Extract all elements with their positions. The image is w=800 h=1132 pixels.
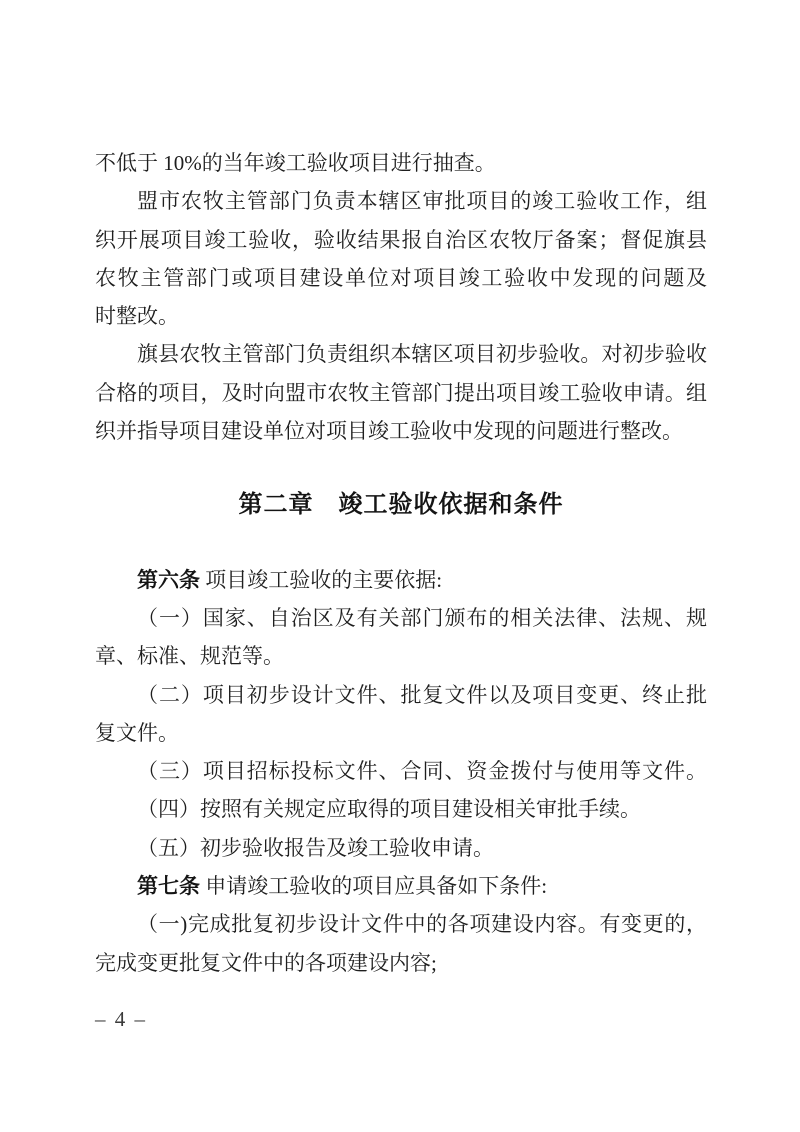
text-run: 不低于 10%的当年竣工验收项目进行抽查。: [95, 151, 496, 175]
text-run: 项目竣工验收的主要依据:: [200, 568, 442, 592]
text-line: 时整改。: [95, 297, 707, 335]
text-run: 章、标准、规范等。: [95, 644, 284, 668]
text-run: （一)完成批复初步设计文件中的各项建设内容。有变更的，: [137, 912, 707, 936]
text-run: 复文件。: [95, 721, 179, 745]
text-run: 织并指导项目建设单位对项目竣工验收中发现的问题进行整改。: [95, 419, 683, 443]
bold-run: 第七条: [137, 875, 200, 898]
text-line: 合格的项目，及时向盟市农牧主管部门提出项目竣工验收申请。组: [95, 374, 707, 412]
text-run: 织开展项目竣工验收，验收结果报自治区农牧厅备案；督促旗县: [95, 228, 707, 252]
text-run: 申请竣工验收的项目应具备如下条件:: [200, 874, 547, 898]
text-run: （二）项目初步设计文件、批复文件以及项目变更、终止批: [137, 683, 707, 707]
text-run: （一）国家、自治区及有关部门颁布的相关法律、法规、规: [137, 606, 707, 630]
text-run: （四）按照有关规定应取得的项目建设相关审批手续。: [137, 797, 641, 821]
text-line: 农牧主管部门或项目建设单位对项目竣工验收中发现的问题及: [95, 259, 707, 297]
bold-run: 第六条: [137, 569, 200, 592]
text-line: 复文件。: [95, 714, 707, 752]
text-line: （二）项目初步设计文件、批复文件以及项目变更、终止批: [95, 676, 707, 714]
text-line: （三）项目招标投标文件、合同、资金拨付与使用等文件。: [95, 752, 707, 790]
text-run: （三）项目招标投标文件、合同、资金拨付与使用等文件。: [137, 759, 707, 783]
text-run: 农牧主管部门或项目建设单位对项目竣工验收中发现的问题及: [95, 266, 707, 290]
text-line: （四）按照有关规定应取得的项目建设相关审批手续。: [95, 790, 707, 828]
text-run: 旗县农牧主管部门负责组织本辖区项目初步验收。对初步验收: [137, 342, 707, 366]
text-line: 盟市农牧主管部门负责本辖区审批项目的竣工验收工作，组: [95, 182, 707, 220]
text-run: 合格的项目，及时向盟市农牧主管部门提出项目竣工验收申请。组: [95, 381, 707, 405]
text-line: 不低于 10%的当年竣工验收项目进行抽查。: [95, 144, 707, 182]
text-line: 织并指导项目建设单位对项目竣工验收中发现的问题进行整改。: [95, 412, 707, 450]
text-line: 第七条 申请竣工验收的项目应具备如下条件:: [95, 867, 707, 905]
text-line: 织开展项目竣工验收，验收结果报自治区农牧厅备案；督促旗县: [95, 221, 707, 259]
text-line: （五）初步验收报告及竣工验收申请。: [95, 829, 707, 867]
document-page: 不低于 10%的当年竣工验收项目进行抽查。盟市农牧主管部门负责本辖区审批项目的竣…: [0, 0, 800, 1132]
text-line: 完成变更批复文件中的各项建设内容;: [95, 944, 707, 982]
page-number: – 4 –: [95, 1005, 147, 1033]
text-run: 盟市农牧主管部门负责本辖区审批项目的竣工验收工作，组: [137, 189, 707, 213]
text-line: 第六条 项目竣工验收的主要依据:: [95, 561, 707, 599]
text-line: （一）国家、自治区及有关部门颁布的相关法律、法规、规: [95, 599, 707, 637]
chapter-heading: 第二章 竣工验收依据和条件: [95, 486, 707, 524]
text-line: 旗县农牧主管部门负责组织本辖区项目初步验收。对初步验收: [95, 335, 707, 373]
text-run: （五）初步验收报告及竣工验收申请。: [137, 836, 494, 860]
text-run: 完成变更批复文件中的各项建设内容;: [95, 951, 437, 975]
text-line: 章、标准、规范等。: [95, 637, 707, 675]
text-run: 时整改。: [95, 304, 179, 328]
bold-run: 第二章 竣工验收依据和条件: [239, 491, 564, 518]
text-line: （一)完成批复初步设计文件中的各项建设内容。有变更的，: [95, 905, 707, 943]
text-block: 不低于 10%的当年竣工验收项目进行抽查。盟市农牧主管部门负责本辖区审批项目的竣…: [95, 144, 707, 982]
